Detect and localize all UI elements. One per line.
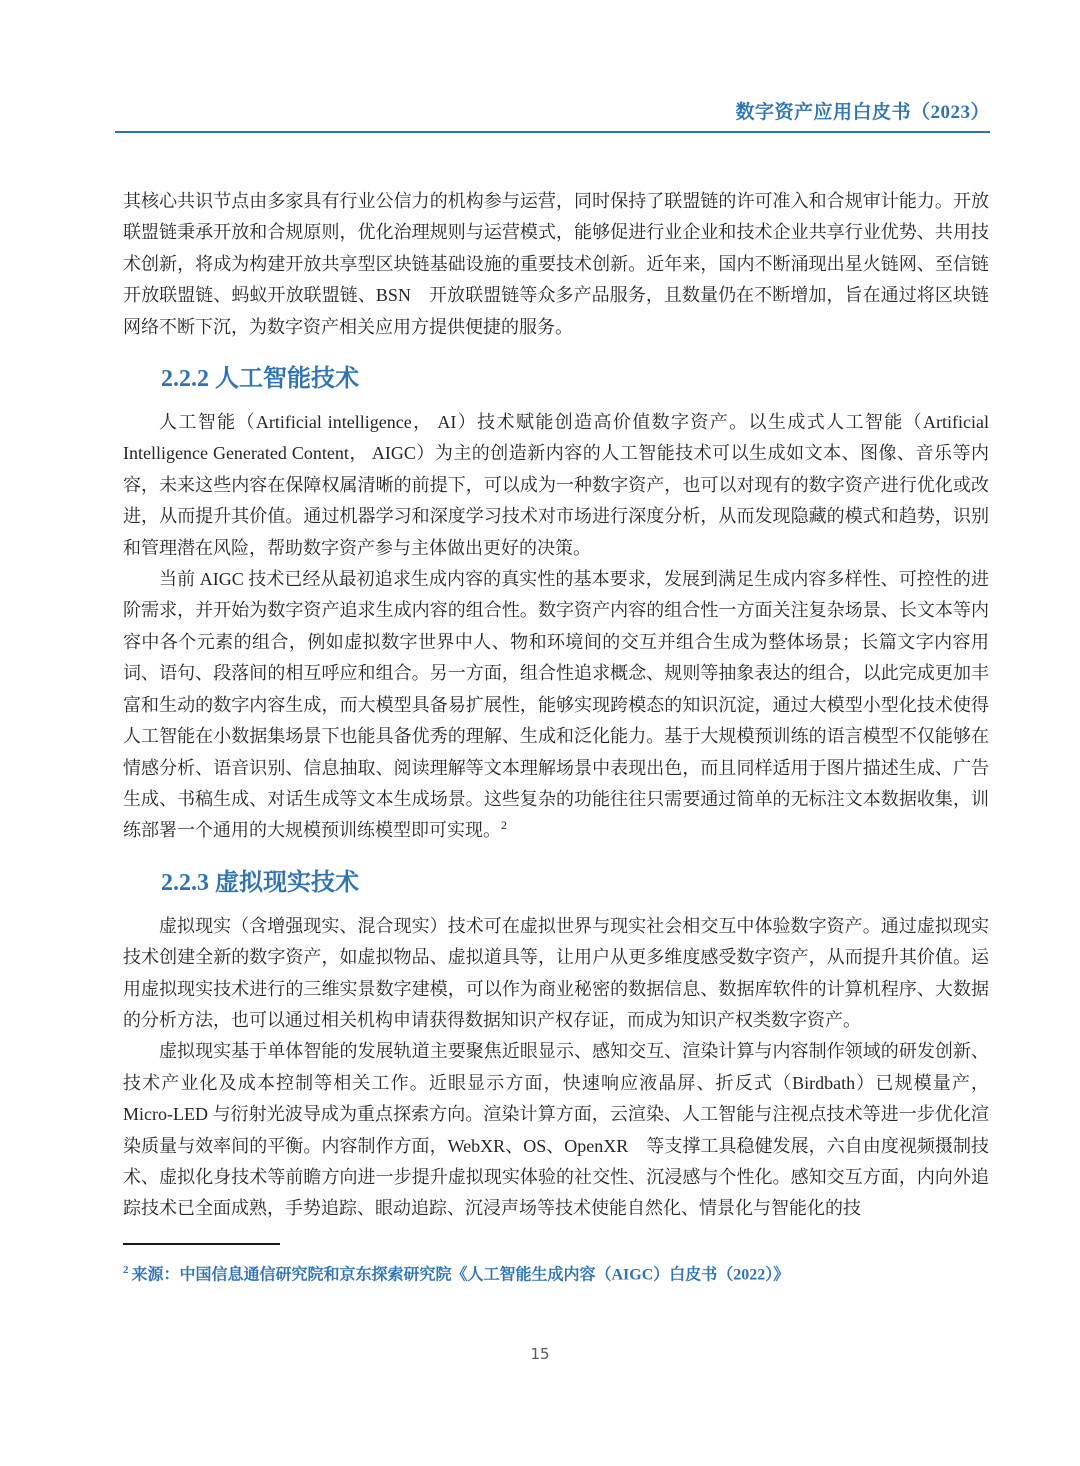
document-page: 数字资产应用白皮书（2023） 其核心共识节点由多家具有行业公信力的机构参与运营… bbox=[0, 0, 1080, 1466]
section-heading-vr: 2.2.3 虚拟现实技术 bbox=[161, 868, 989, 898]
paragraph-ai-overview: 人工智能（Artificial intelligence， AI）技术赋能创造高… bbox=[123, 407, 989, 564]
header-rule bbox=[115, 131, 990, 133]
paragraph-aigc-detail-text: 当前 AIGC 技术已经从最初追求生成内容的真实性的基本要求，发展到满足生成内容… bbox=[123, 569, 989, 840]
section-heading-ai: 2.2.2 人工智能技术 bbox=[161, 364, 989, 394]
content-area: 其核心共识节点由多家具有行业公信力的机构参与运营，同时保持了联盟链的许可准入和合… bbox=[123, 186, 989, 1225]
header-title: 数字资产应用白皮书（2023） bbox=[735, 102, 990, 123]
page-header: 数字资产应用白皮书（2023） bbox=[115, 97, 990, 124]
paragraph-vr-overview: 虚拟现实（含增强现实、混合现实）技术可在虚拟世界与现实社会相交互中体验数字资产。… bbox=[123, 911, 989, 1037]
page-number: 15 bbox=[0, 1345, 1080, 1363]
paragraph-aigc-detail: 当前 AIGC 技术已经从最初追求生成内容的真实性的基本要求，发展到满足生成内容… bbox=[123, 564, 989, 847]
footnote-separator bbox=[123, 1243, 280, 1245]
paragraph-blockchain-continuation: 其核心共识节点由多家具有行业公信力的机构参与运营，同时保持了联盟链的许可准入和合… bbox=[123, 186, 989, 343]
footnote-marker: 2 bbox=[123, 1264, 129, 1276]
paragraph-vr-development: 虚拟现实基于单体智能的发展轨道主要聚焦近眼显示、感知交互、渲染计算与内容制作领域… bbox=[123, 1036, 989, 1224]
footnote-reference: 2 bbox=[501, 818, 507, 832]
footnote: 2来源：中国信息通信研究院和京东探索研究院《人工智能生成内容（AIGC）白皮书（… bbox=[123, 1258, 989, 1287]
footnote-text: 来源：中国信息通信研究院和京东探索研究院《人工智能生成内容（AIGC）白皮书（2… bbox=[132, 1266, 790, 1283]
